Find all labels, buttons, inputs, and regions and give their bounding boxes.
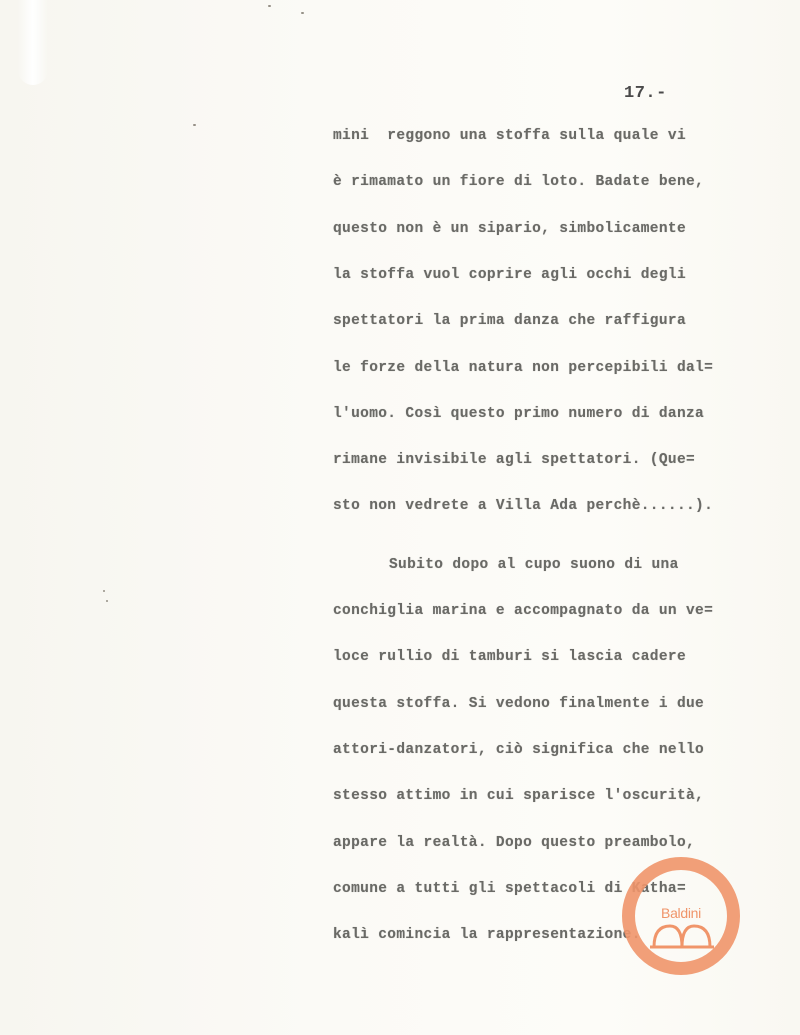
paper-speck (103, 590, 105, 592)
text-line: questa stoffa. Si vedono finalmente i du… (333, 696, 704, 712)
text-line: questo non è un sipario, simbolicamente (333, 221, 686, 237)
baldini-stamp: Baldini (622, 857, 740, 975)
text-line: attori-danzatori, ciò significa che nell… (333, 742, 704, 758)
paper-speck (268, 5, 271, 7)
stamp-label: Baldini (622, 905, 740, 921)
text-line: loce rullio di tamburi si lascia cadere (333, 649, 686, 665)
text-line: spettatori la prima danza che raffigura (333, 313, 686, 329)
text-line: sto non vedrete a Villa Ada perchè......… (333, 498, 713, 514)
text-line: kalì comincia la rappresentazione. (333, 927, 641, 943)
text-line: la stoffa vuol coprire agli occhi degli (333, 267, 686, 283)
text-line: mini reggono una stoffa sulla quale vi (333, 128, 686, 144)
paper-speck (301, 12, 304, 14)
text-line: è rimamato un fiore di loto. Badate bene… (333, 174, 704, 190)
text-line: stesso attimo in cui sparisce l'oscurità… (333, 788, 704, 804)
book-arch-icon (650, 920, 714, 950)
text-line: appare la realtà. Dopo questo preambolo, (333, 835, 695, 851)
paper-fold-highlight (18, 0, 48, 85)
text-line: l'uomo. Così questo primo numero di danz… (333, 406, 704, 422)
text-line: rimane invisibile agli spettatori. (Que= (333, 452, 695, 468)
typewritten-page: 17.- mini reggono una stoffa sulla quale… (0, 0, 800, 1035)
text-line: conchiglia marina e accompagnato da un v… (333, 603, 713, 619)
paper-speck (106, 600, 108, 602)
paper-speck (193, 124, 196, 126)
text-line: Subito dopo al cupo suono di una (389, 557, 679, 573)
text-line: le forze della natura non percepibili da… (333, 360, 713, 376)
page-number: 17.- (624, 84, 667, 103)
